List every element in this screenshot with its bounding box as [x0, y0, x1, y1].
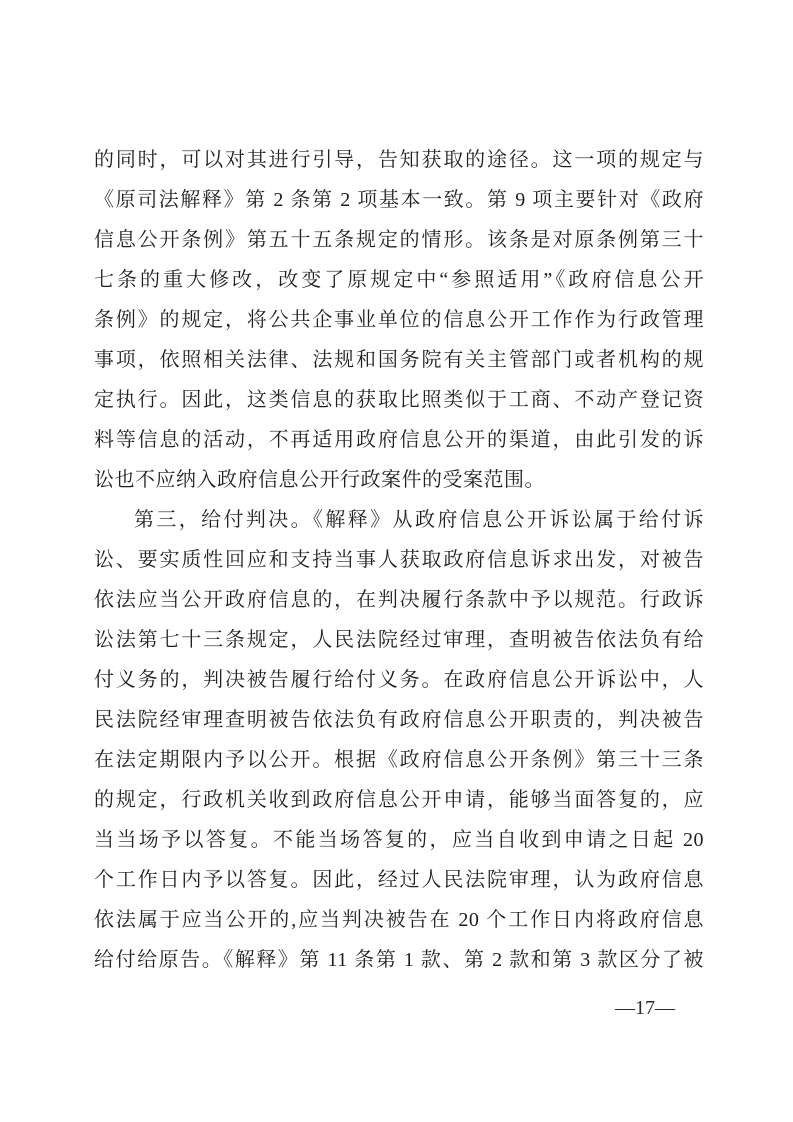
page-number: —17— [615, 995, 675, 1021]
text-line: 《原司法解释》第 2 条第 2 项基本一致。第 9 项主要针对《政府 [94, 180, 704, 220]
text-line: 依法应当公开政府信息的，在判决履行条款中予以规范。行政诉 [94, 580, 704, 620]
text-line: 个工作日内予以答复。因此，经过人民法院审理，认为政府信息 [94, 860, 704, 900]
text-line: 讼也不应纳入政府信息公开行政案件的受案范围。 [94, 460, 704, 500]
text-line: 信息公开条例》第五十五条规定的情形。该条是对原条例第三十 [94, 220, 704, 260]
text-line: 事项，依照相关法律、法规和国务院有关主管部门或者机构的规 [94, 340, 704, 380]
text-line: 依法属于应当公开的,应当判决被告在 20 个工作日内将政府信息 [94, 900, 704, 940]
text-line: 条例》的规定，将公共企事业单位的信息公开工作作为行政管理 [94, 300, 704, 340]
text-line: 讼、要实质性回应和支持当事人获取政府信息诉求出发，对被告 [94, 540, 704, 580]
text-line: 七条的重大修改，改变了原规定中“参照适用”《政府信息公开 [94, 260, 704, 300]
text-line: 民法院经审理查明被告依法负有政府信息公开职责的，判决被告 [94, 700, 704, 740]
text-line: 在法定期限内予以公开。根据《政府信息公开条例》第三十三条 [94, 740, 704, 780]
paragraph: 的同时，可以对其进行引导，告知获取的途径。这一项的规定与 《原司法解释》第 2 … [94, 140, 704, 500]
text-line: 第三，给付判决。《解释》从政府信息公开诉讼属于给付诉 [94, 500, 704, 540]
page-body-text: 的同时，可以对其进行引导，告知获取的途径。这一项的规定与 《原司法解释》第 2 … [94, 140, 704, 980]
text-line: 付义务的，判决被告履行给付义务。在政府信息公开诉讼中，人 [94, 660, 704, 700]
paragraph: 第三，给付判决。《解释》从政府信息公开诉讼属于给付诉 讼、要实质性回应和支持当事… [94, 500, 704, 980]
text-line: 料等信息的活动，不再适用政府信息公开的渠道，由此引发的诉 [94, 420, 704, 460]
text-line: 的同时，可以对其进行引导，告知获取的途径。这一项的规定与 [94, 140, 704, 180]
document-page: 的同时，可以对其进行引导，告知获取的途径。这一项的规定与 《原司法解释》第 2 … [0, 0, 793, 1122]
text-line: 定执行。因此，这类信息的获取比照类似于工商、不动产登记资 [94, 380, 704, 420]
text-line: 的规定，行政机关收到政府信息公开申请，能够当面答复的，应 [94, 780, 704, 820]
text-line: 给付给原告。《解释》第 11 条第 1 款、第 2 款和第 3 款区分了被 [94, 940, 704, 980]
text-line: 当当场予以答复。不能当场答复的，应当自收到申请之日起 20 [94, 820, 704, 860]
text-line: 讼法第七十三条规定，人民法院经过审理，查明被告依法负有给 [94, 620, 704, 660]
